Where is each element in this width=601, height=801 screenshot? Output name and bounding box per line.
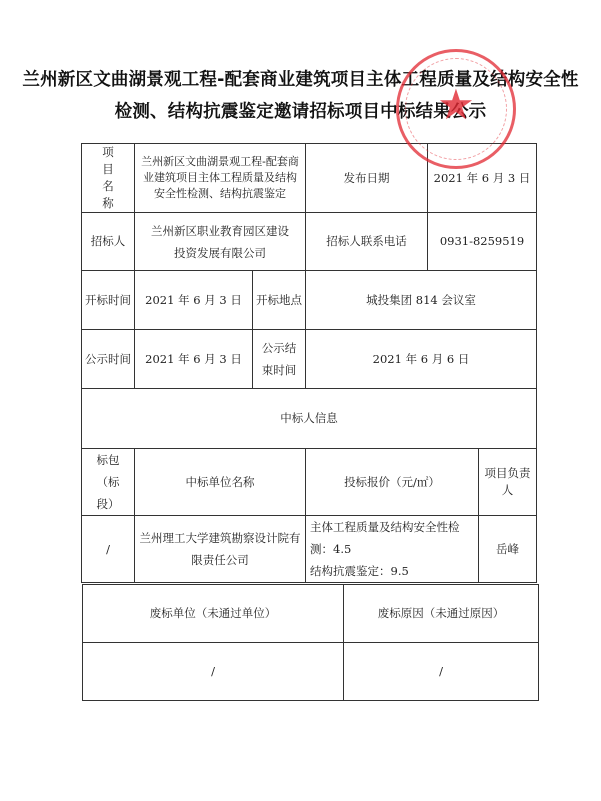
winner-manager: 岳峰 bbox=[479, 516, 537, 583]
publicity-end-value: 2021 年 6 月 6 日 bbox=[306, 330, 537, 389]
opening-place-value: 城投集团 814 会议室 bbox=[306, 271, 537, 330]
project-name-value: 兰州新区文曲湖景观工程-配套商业建筑项目主体工程质量及结构安全性检测、结构抗震鉴… bbox=[135, 144, 306, 213]
winner-price-line-1: 主体工程质量及结构安全性检测：4.5 bbox=[310, 516, 474, 560]
winner-lot: / bbox=[82, 516, 135, 583]
winner-price-line-2: 结构抗震鉴定：9.5 bbox=[310, 560, 474, 582]
opening-place-label: 开标地点 bbox=[253, 271, 306, 330]
tenderer-label: 招标人 bbox=[82, 213, 135, 271]
invalid-header-reason: 废标原因（未通过原因） bbox=[344, 585, 539, 643]
document-title-line-1: 兰州新区文曲湖景观工程-配套商业建筑项目主体工程质量及结构安全性 bbox=[0, 66, 601, 91]
invalid-header-unit: 废标单位（未通过单位） bbox=[83, 585, 344, 643]
table-row: / 兰州理工大学建筑勘察设计院有限责任公司 主体工程质量及结构安全性检测：4.5… bbox=[82, 516, 537, 583]
invalid-reason: / bbox=[344, 643, 539, 701]
invalid-unit: / bbox=[83, 643, 344, 701]
document-title-line-2: 检测、结构抗震鉴定邀请招标项目中标结果公示 bbox=[0, 98, 601, 123]
tenderer-phone-label: 招标人联系电话 bbox=[306, 213, 428, 271]
tenderer-value: 兰州新区职业教育园区建设投资发展有限公司 bbox=[135, 213, 306, 271]
winner-price: 主体工程质量及结构安全性检测：4.5 结构抗震鉴定：9.5 bbox=[306, 516, 479, 583]
publish-date-value: 2021 年 6 月 3 日 bbox=[428, 144, 537, 213]
publicity-end-label: 公示结束时间 bbox=[253, 330, 306, 389]
table-row: 废标单位（未通过单位） 废标原因（未通过原因） bbox=[83, 585, 539, 643]
table-row: 招标人 兰州新区职业教育园区建设投资发展有限公司 招标人联系电话 0931-82… bbox=[82, 213, 537, 271]
winner-header-manager: 项目负责人 bbox=[479, 449, 537, 516]
table-row: / / bbox=[83, 643, 539, 701]
invalid-bid-table: 废标单位（未通过单位） 废标原因（未通过原因） / / bbox=[82, 584, 539, 701]
winner-header-price: 投标报价（元/㎡） bbox=[306, 449, 479, 516]
publicity-time-label: 公示时间 bbox=[82, 330, 135, 389]
table-row: 项目名称 兰州新区文曲湖景观工程-配套商业建筑项目主体工程质量及结构安全性检测、… bbox=[82, 144, 537, 213]
winner-section-title: 中标人信息 bbox=[82, 389, 537, 449]
winner-header-lot: 标包（标段） bbox=[82, 449, 135, 516]
table-row: 标包（标段） 中标单位名称 投标报价（元/㎡） 项目负责人 bbox=[82, 449, 537, 516]
table-row: 中标人信息 bbox=[82, 389, 537, 449]
project-name-label: 项目名称 bbox=[82, 144, 135, 213]
winner-company: 兰州理工大学建筑勘察设计院有限责任公司 bbox=[135, 516, 306, 583]
tenderer-phone-value: 0931-8259519 bbox=[428, 213, 537, 271]
opening-time-value: 2021 年 6 月 3 日 bbox=[135, 271, 253, 330]
publish-date-label: 发布日期 bbox=[306, 144, 428, 213]
table-row: 开标时间 2021 年 6 月 3 日 开标地点 城投集团 814 会议室 bbox=[82, 271, 537, 330]
winner-header-company: 中标单位名称 bbox=[135, 449, 306, 516]
table-row: 公示时间 2021 年 6 月 3 日 公示结束时间 2021 年 6 月 6 … bbox=[82, 330, 537, 389]
publicity-time-value: 2021 年 6 月 3 日 bbox=[135, 330, 253, 389]
bid-result-table: 项目名称 兰州新区文曲湖景观工程-配套商业建筑项目主体工程质量及结构安全性检测、… bbox=[81, 143, 537, 583]
opening-time-label: 开标时间 bbox=[82, 271, 135, 330]
